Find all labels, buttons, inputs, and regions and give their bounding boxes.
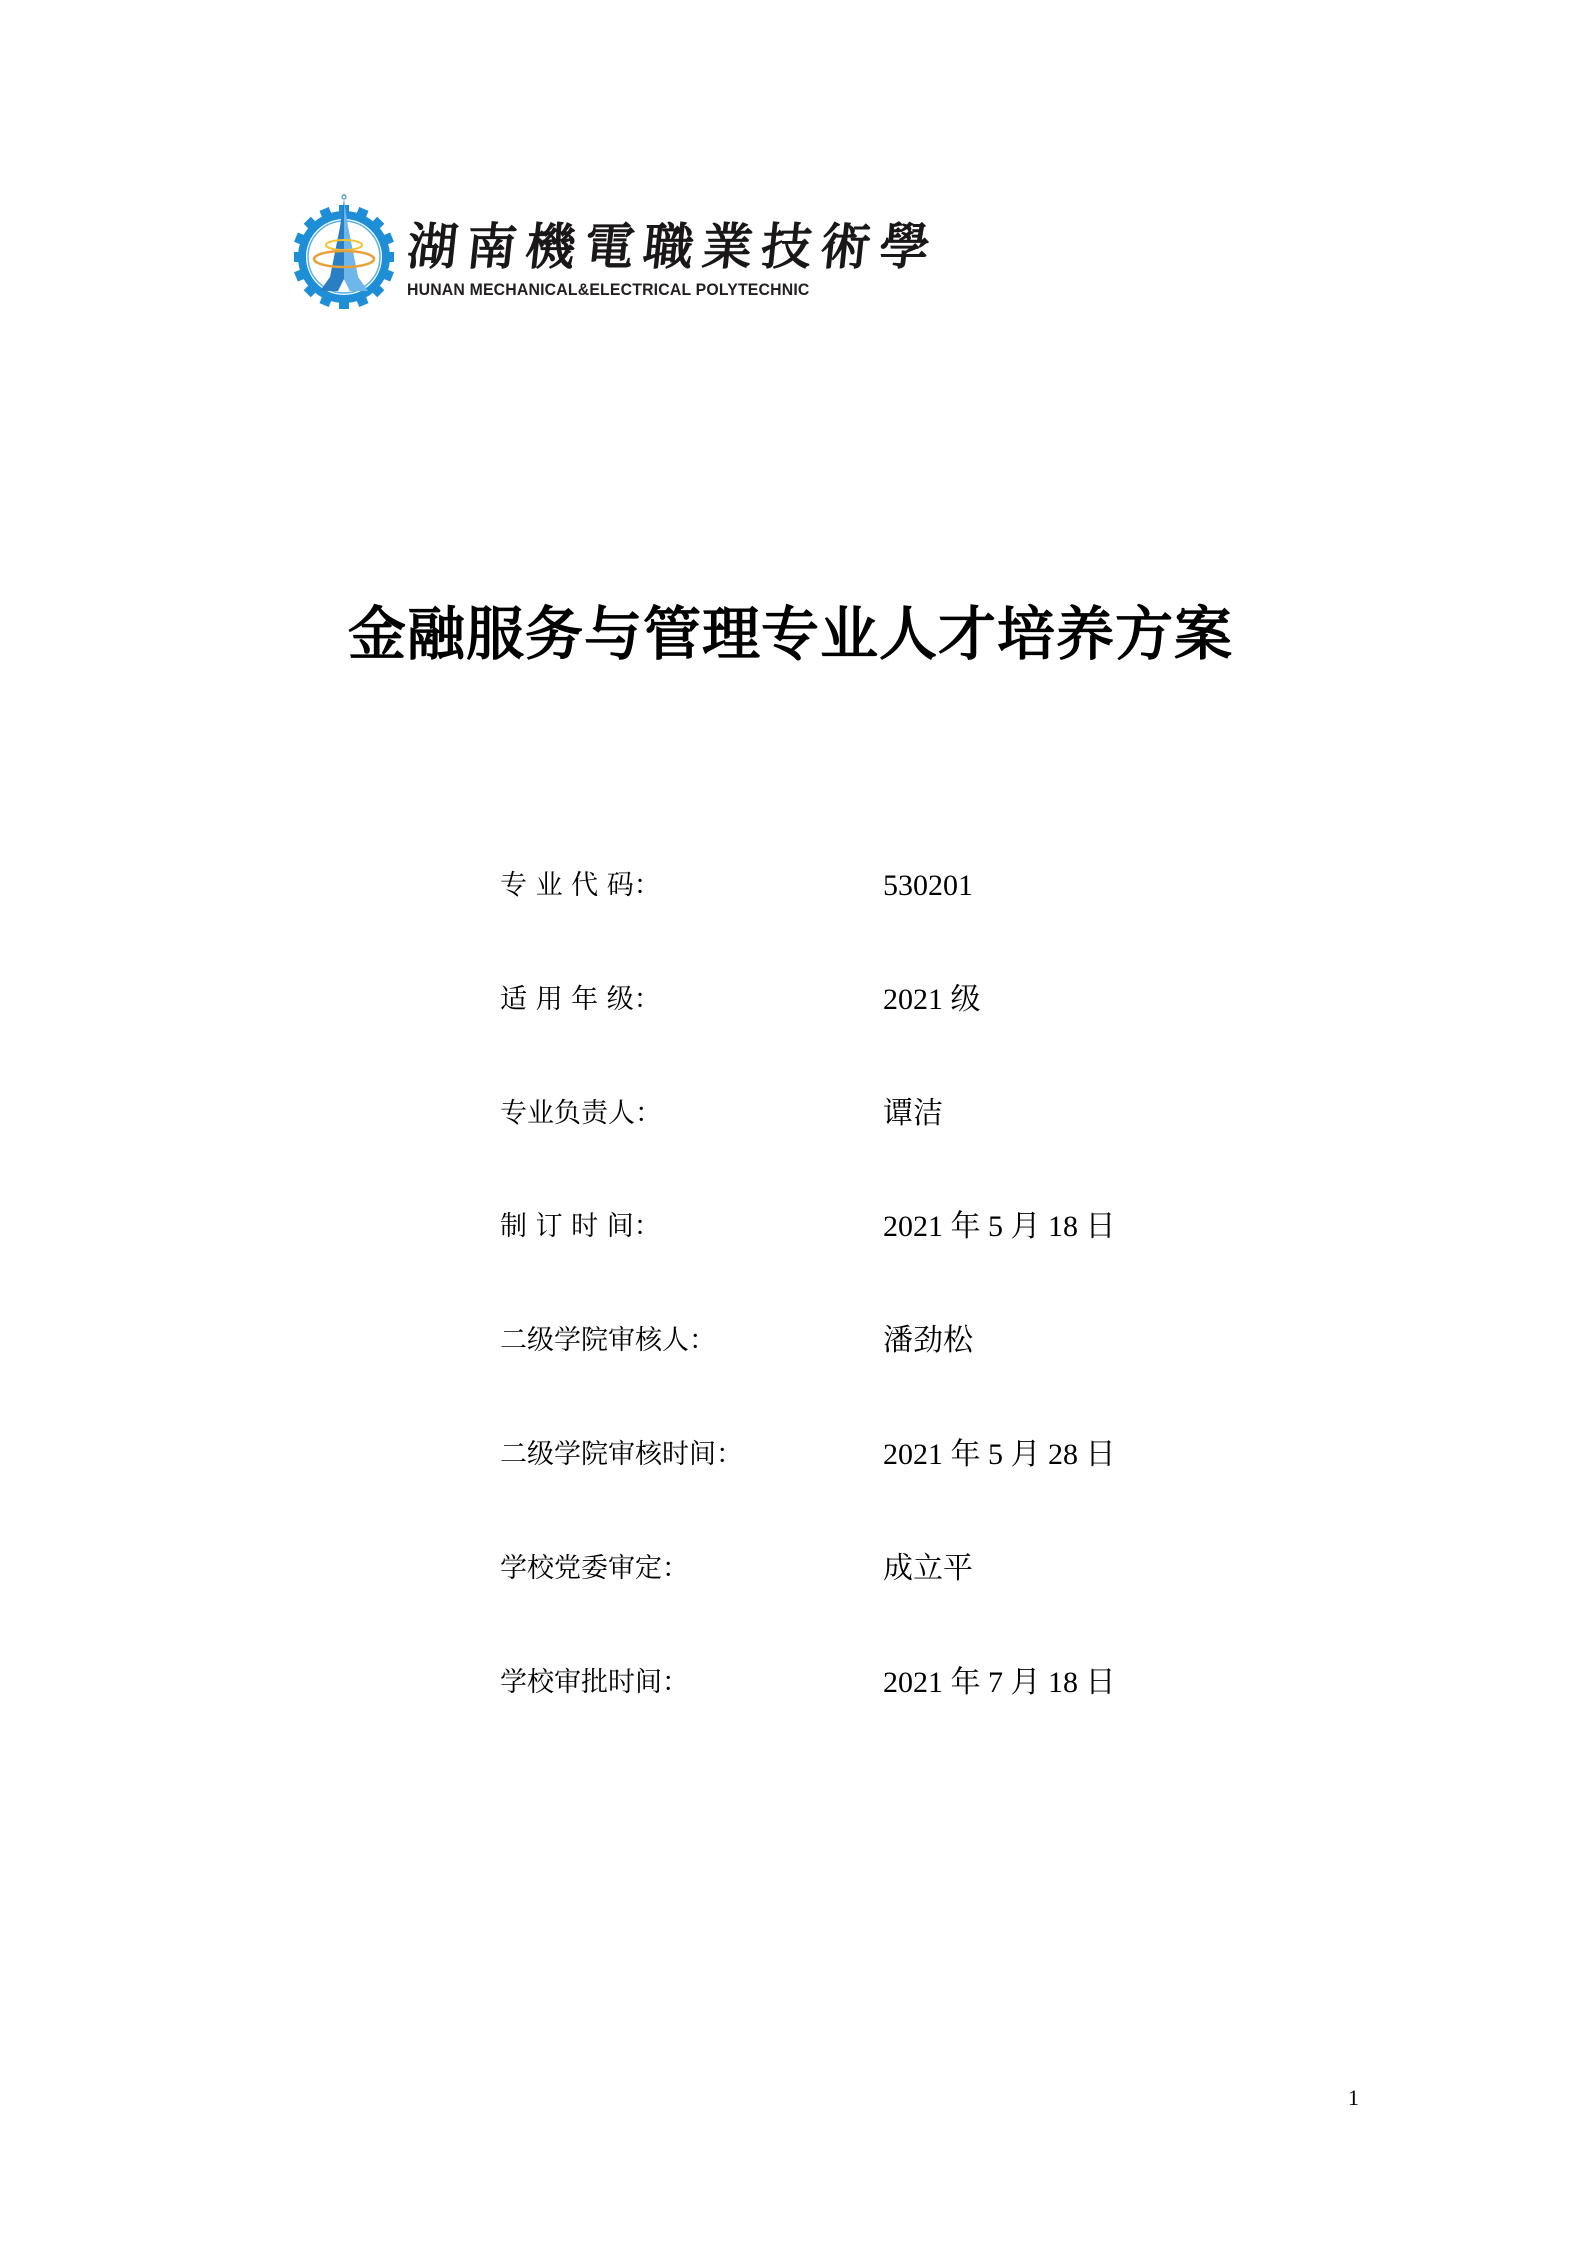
logo-char: 職 <box>636 207 702 279</box>
info-value: 530201 <box>883 866 973 906</box>
info-label: 学校党委审定： <box>500 1549 689 1589</box>
info-label: 学校审批时间： <box>500 1663 689 1703</box>
logo-char: 術 <box>813 207 879 279</box>
logo-char: 技 <box>754 207 820 279</box>
info-value: 2021 年 5 月 28 日 <box>883 1435 1116 1475</box>
logo-char: 機 <box>518 207 584 279</box>
info-value: 2021 级 <box>883 980 981 1020</box>
info-row-party-committee-approval: 学校党委审定： 成立平 <box>500 1549 1300 1663</box>
info-value: 成立平 <box>883 1549 973 1589</box>
logo-chinese-name: 湖 南 機 電 職 業 技 術 學 <box>404 214 934 272</box>
info-row-college-review-date: 二级学院审核时间： 2021 年 5 月 28 日 <box>500 1435 1300 1549</box>
info-row-applicable-grade: 适 用 年 级： 2021 级 <box>500 980 1300 1094</box>
info-value: 2021 年 7 月 18 日 <box>883 1663 1116 1703</box>
info-row-major-lead: 专业负责人： 谭洁 <box>500 1094 1300 1208</box>
logo-char: 南 <box>459 207 525 279</box>
page-number: 1 <box>1348 2085 1359 2111</box>
info-label: 二级学院审核人： <box>500 1321 716 1361</box>
document-info-table: 专 业 代 码： 530201 适 用 年 级： 2021 级 专业负责人： 谭… <box>500 866 1300 1776</box>
info-value: 2021 年 5 月 18 日 <box>883 1207 1116 1247</box>
info-row-college-reviewer: 二级学院审核人： 潘劲松 <box>500 1321 1300 1435</box>
logo-english-name: HUNAN MECHANICAL&ELECTRICAL POLYTECHNIC <box>407 280 895 300</box>
info-label: 专业负责人： <box>500 1094 662 1134</box>
info-value: 潘劲松 <box>883 1321 973 1361</box>
logo-char: 業 <box>695 207 761 279</box>
college-emblem-icon <box>294 194 394 309</box>
logo-char: 學 <box>872 207 938 279</box>
info-label: 专 业 代 码： <box>500 866 661 906</box>
institution-logo: 湖 南 機 電 職 業 技 術 學 HUNAN MECHANICAL&ELECT… <box>294 194 954 314</box>
info-label: 制 订 时 间： <box>500 1207 661 1247</box>
info-row-school-approval-date: 学校审批时间： 2021 年 7 月 18 日 <box>500 1663 1300 1777</box>
logo-char: 湖 <box>400 207 466 279</box>
info-label: 适 用 年 级： <box>500 980 661 1020</box>
info-row-drafted-date: 制 订 时 间： 2021 年 5 月 18 日 <box>500 1207 1300 1321</box>
info-value: 谭洁 <box>883 1094 943 1134</box>
document-title: 金融服务与管理专业人才培养方案 <box>0 598 1587 670</box>
info-label: 二级学院审核时间： <box>500 1435 743 1475</box>
logo-char: 電 <box>577 207 643 279</box>
info-row-major-code: 专 业 代 码： 530201 <box>500 866 1300 980</box>
